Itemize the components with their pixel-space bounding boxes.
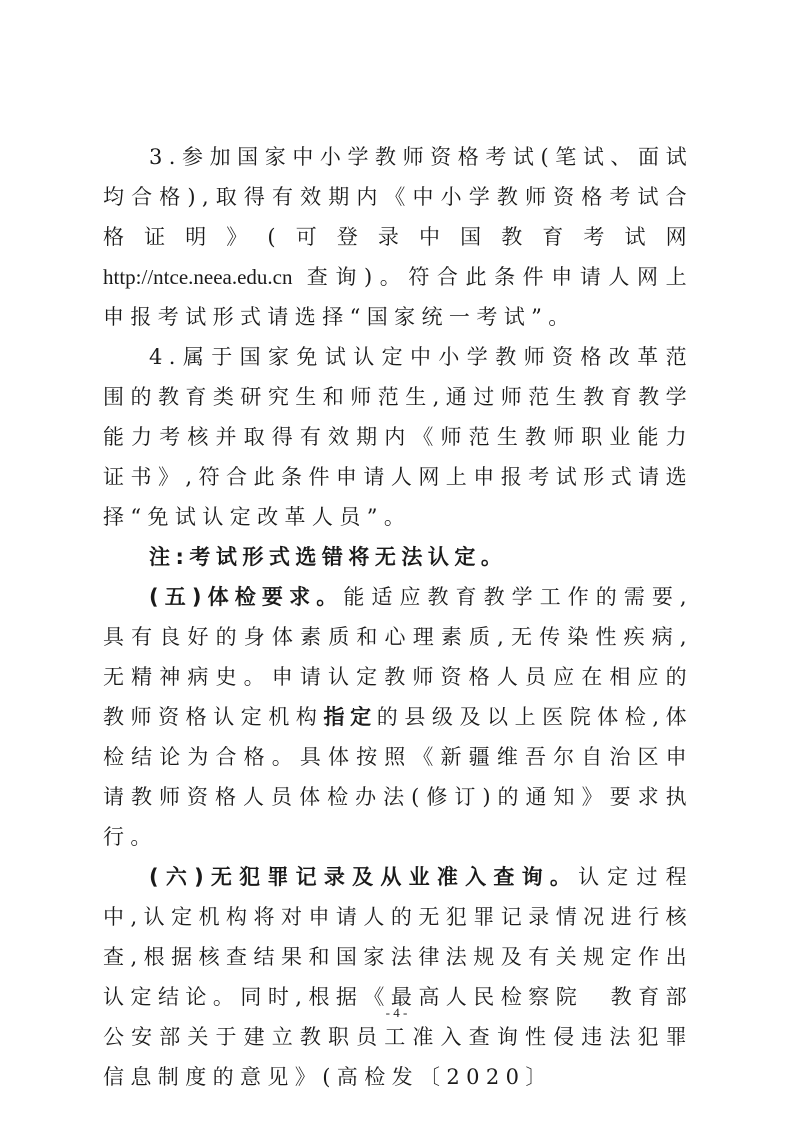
paragraph-item-3: 3.参加国家中小学教师资格考试(笔试、面试均合格),取得有效期内《中小学教师资格…	[103, 137, 693, 337]
paragraph-section-5: (五)体检要求。能适应教育教学工作的需要,具有良好的身体素质和心理素质,无传染性…	[103, 577, 693, 857]
note-text: 注:考试形式选错将无法认定。	[149, 545, 507, 569]
ntce-url-link[interactable]: http://ntce.neea.edu.cn	[103, 265, 293, 289]
paragraph-section-6: (六)无犯罪记录及从业准入查询。认定过程中,认定机构将对申请人的无犯罪记录情况进…	[103, 857, 693, 1097]
item-4-text: 4.属于国家免试认定中小学教师资格改革范围的教育类研究生和师范生,通过师范生教育…	[103, 345, 693, 529]
page-number: - 4 -	[0, 1005, 793, 1021]
section-6-heading: (六)无犯罪记录及从业准入查询。	[149, 865, 578, 889]
document-body: 3.参加国家中小学教师资格考试(笔试、面试均合格),取得有效期内《中小学教师资格…	[103, 137, 693, 1097]
paragraph-note: 注:考试形式选错将无法认定。	[103, 537, 693, 577]
section-5-emphasis: 指定	[323, 705, 376, 729]
item-3-text-a: 3.参加国家中小学教师资格考试(笔试、面试均合格),取得有效期内《中小学教师资格…	[103, 145, 693, 249]
section-5-heading: (五)体检要求。	[149, 585, 343, 609]
paragraph-item-4: 4.属于国家免试认定中小学教师资格改革范围的教育类研究生和师范生,通过师范生教育…	[103, 337, 693, 537]
section-6-text: 认定过程中,认定机构将对申请人的无犯罪记录情况进行核查,根据核查结果和国家法律法…	[103, 865, 720, 1089]
